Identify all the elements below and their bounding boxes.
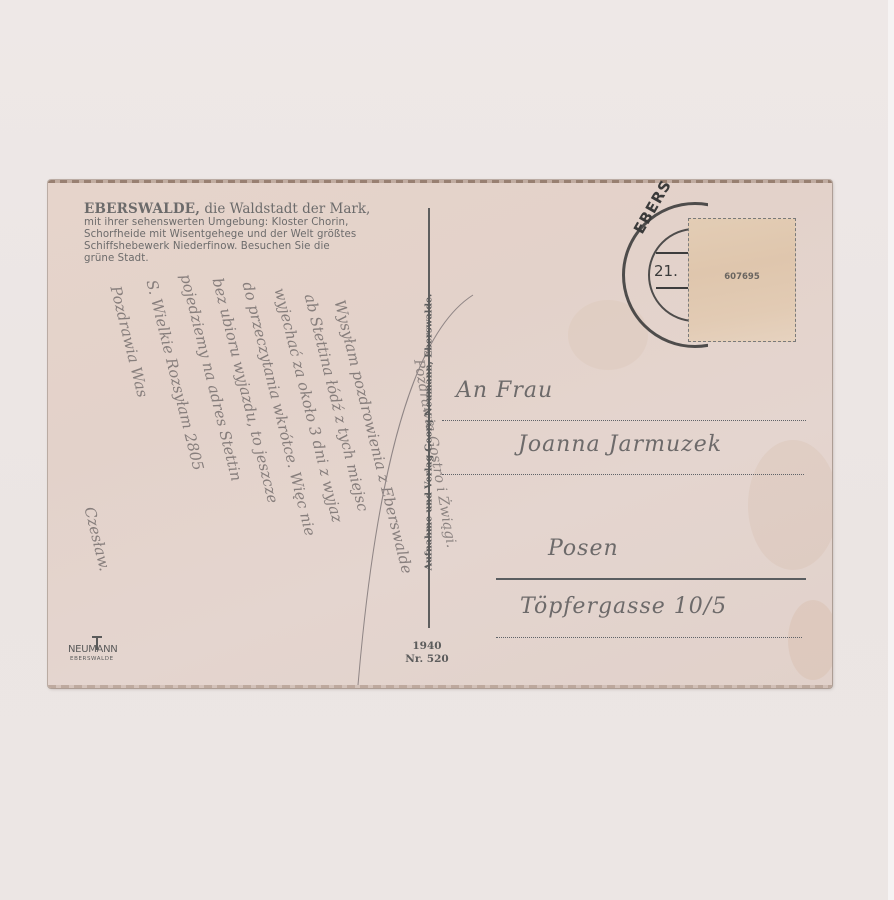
address-street: Töpfergasse 10/5 [520, 594, 727, 619]
printed-header: EBERSWALDE, die Waldstadt der Mark, mit … [84, 202, 404, 265]
print-number: 1940 Nr. 520 [404, 640, 450, 666]
publisher-logo: NEUMANN EBERSWALDE [68, 636, 132, 666]
description-line: grüne Stadt. [84, 253, 404, 265]
stamp-area: 607695 [688, 218, 796, 342]
address-name: Joanna Jarmuzek [518, 432, 722, 457]
description-line: Schiffshebewerk Niederfinow. Besuchen Si… [84, 241, 404, 253]
print-serial: Nr. 520 [404, 653, 450, 666]
postcard-back: EBERSWALDE, die Waldstadt der Mark, mit … [48, 180, 832, 688]
address-city: Posen [548, 536, 619, 561]
logo-word: NEUMANN [68, 644, 117, 655]
age-stain [748, 440, 832, 570]
place-name: EBERSWALDE, [84, 201, 200, 217]
stamp-number: 607695 [689, 272, 795, 282]
description-line: Schorfheide mit Wisentgehege und der Wel… [84, 229, 404, 241]
printed-description: mit ihrer sehenswerten Umgebung: Kloster… [84, 217, 404, 265]
address-line-3 [496, 578, 806, 580]
description-line: mit ihrer sehenswerten Umgebung: Kloster… [84, 217, 404, 229]
logo-sub: EBERSWALDE [70, 656, 114, 662]
address-line-2 [442, 474, 804, 475]
scan-edge [888, 0, 894, 900]
publisher-credit: Aufnahme und Verlag Georg Neumann, Ebers… [420, 262, 438, 602]
postmark-bar [656, 287, 690, 289]
address-salutation: An Frau [456, 378, 553, 403]
address-line-1 [442, 420, 806, 421]
message-signature: Czesław. [81, 505, 114, 573]
printed-title: EBERSWALDE, die Waldstadt der Mark, [84, 202, 404, 217]
age-stain [788, 600, 832, 680]
message-line: Pozdrawia Was [107, 284, 152, 399]
print-year: 1940 [404, 640, 450, 653]
title-rest: die Waldstadt der Mark, [200, 201, 370, 217]
address-line-4 [496, 637, 802, 638]
postmark-date: 21. [654, 262, 678, 280]
postmark-bar [656, 252, 690, 254]
